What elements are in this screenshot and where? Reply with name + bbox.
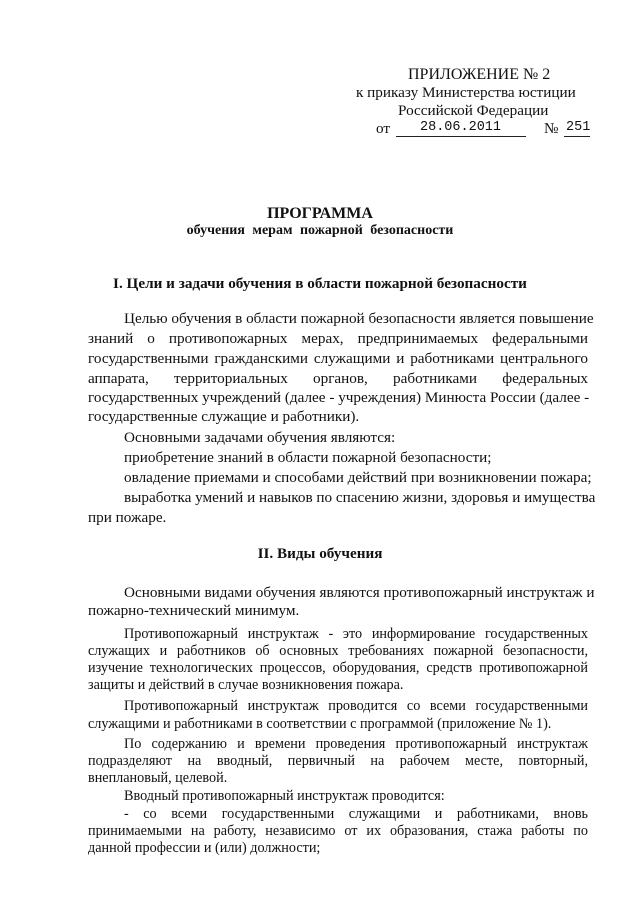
- list-item-cont: данной профессии и (или) должности;: [88, 839, 320, 857]
- paragraph-line: подразделяют на вводный, первичный на ра…: [88, 752, 588, 770]
- paragraph-line: государственными гражданскими служащими …: [88, 350, 588, 368]
- paragraph-line: Целью обучения в области пожарной безопа…: [124, 310, 588, 328]
- paragraph-line: изучение технологических процессов, обор…: [88, 659, 588, 677]
- annex-title: ПРИЛОЖЕНИЕ № 2: [408, 66, 550, 84]
- program-subtitle: обучения мерам пожарной безопасности: [0, 222, 640, 240]
- paragraph-line: Основными видами обучения являются проти…: [124, 584, 588, 602]
- number-underline: [564, 136, 590, 137]
- paragraph-line: Противопожарный инструктаж проводится со…: [124, 697, 588, 715]
- annex-federation-line: Российской Федерации: [398, 102, 548, 120]
- paragraph-line: государственные служащие и работники).: [88, 408, 359, 426]
- paragraph-line: защиты и действий в случае возникновения…: [88, 676, 403, 694]
- order-number: 251: [566, 119, 590, 137]
- paragraph-line: Противопожарный инструктаж - это информи…: [124, 625, 588, 643]
- paragraph-line: По содержанию и времени проведения проти…: [124, 735, 588, 753]
- section2-heading: II. Виды обучения: [0, 545, 640, 563]
- list-item: выработка умений и навыков по спасению ж…: [124, 489, 588, 507]
- paragraph-line: служащими и работниками в соответствии с…: [88, 715, 551, 733]
- paragraph-line: внеплановый, целевой.: [88, 769, 227, 787]
- paragraph-line: знаний о противопожарных мерах, предприн…: [88, 330, 588, 348]
- date-underline: [396, 136, 526, 137]
- paragraph-line: служащих и работников об основных требов…: [88, 642, 588, 660]
- number-prefix: №: [544, 120, 559, 138]
- list-item: овладение приемами и способами действий …: [124, 469, 592, 487]
- paragraph-line: пожарно-технический минимум.: [88, 602, 299, 620]
- list-item: приобретение знаний в области пожарной б…: [124, 449, 491, 467]
- list-item-cont: принимаемыми на работу, независимо от их…: [88, 822, 588, 840]
- section1-heading: I. Цели и задачи обучения в области пожа…: [0, 275, 640, 293]
- annex-order-line: к приказу Министерства юстиции: [356, 84, 576, 102]
- paragraph-line: Вводный противопожарный инструктаж прово…: [124, 787, 445, 805]
- program-title: ПРОГРАММА: [0, 205, 640, 223]
- paragraph-line: государственных учреждений (далее - учре…: [88, 389, 588, 407]
- paragraph-line: Основными задачами обучения являются:: [124, 429, 395, 447]
- order-date: 28.06.2011: [420, 119, 501, 137]
- date-prefix: от: [376, 120, 390, 138]
- list-item-cont: при пожаре.: [88, 509, 166, 527]
- list-item: - со всеми государственными служащими и …: [124, 805, 588, 823]
- paragraph-line: аппарата, территориальных органов, работ…: [88, 370, 588, 388]
